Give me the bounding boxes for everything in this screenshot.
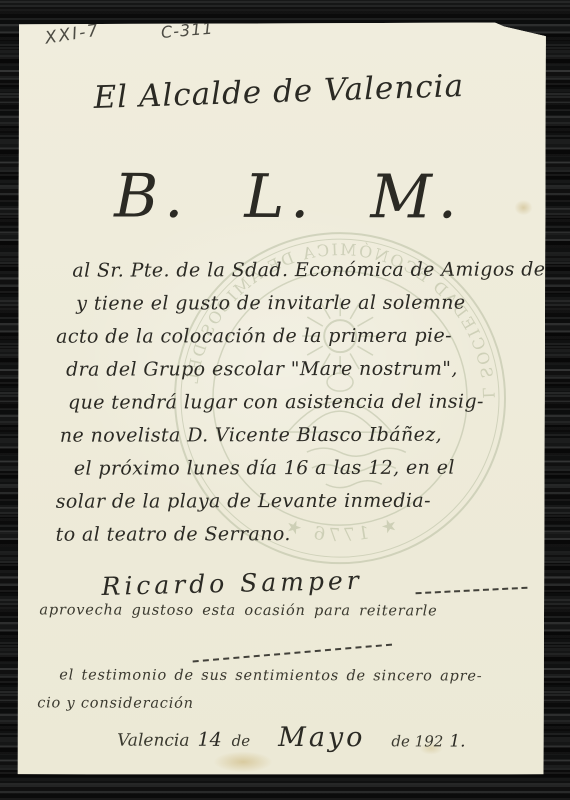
courtesy-line: aprovecha gustoso esta ocasión para reit…: [39, 602, 437, 619]
body-line: to al teatro de Serrano.: [54, 517, 554, 551]
body-line: y tiene el gusto de invitarle al solemne: [54, 286, 554, 320]
dateline: Valencia 14 de Mayo de 192 1.: [117, 722, 466, 754]
body-line: acto de la colocación de la primera pie-: [54, 319, 554, 353]
letterhead-title: El Alcalde de Valencia: [68, 67, 489, 117]
body-line: el próximo lunes día 16 a las 12, en el: [54, 451, 554, 485]
courtesy-line: cio y consideración: [37, 695, 194, 711]
body-line: dra del Grupo escolar "Mare nostrum",: [54, 352, 554, 386]
signature-name: Ricardo Samper: [101, 566, 363, 601]
dateline-month: Mayo: [278, 722, 365, 753]
flourish-dash: [193, 644, 392, 663]
body-line: al Sr. Pte. de la Sdad. Económica de Ami…: [54, 253, 554, 287]
dateline-de: de: [232, 732, 251, 750]
body-text: al Sr. Pte. de la Sdad. Económica de Ami…: [54, 253, 555, 551]
dateline-de-year-printed: de 192: [391, 732, 443, 750]
body-line: solar de la playa de Levante inmedia-: [54, 484, 554, 518]
dateline-place: Valencia: [117, 731, 189, 751]
courtesy-line: el testimonio de sus sentimientos de sin…: [59, 667, 482, 684]
archive-mark-classification: XXI-7: [44, 20, 102, 48]
dateline-day: 14: [197, 729, 221, 751]
salutation-blm: B. L. M.: [88, 161, 488, 232]
dateline-year-digit: 1.: [449, 731, 465, 751]
document-paper: REAL SOCIEDAD ECONÓMICA DE AMIGOS DEL PA…: [17, 21, 546, 775]
scan-background: REAL SOCIEDAD ECONÓMICA DE AMIGOS DEL PA…: [0, 0, 570, 800]
body-line: que tendrá lugar con asistencia del insi…: [54, 385, 554, 419]
body-line: ne novelista D. Vicente Blasco Ibáñez,: [54, 418, 554, 452]
archive-mark-catalog-code: C-311: [160, 19, 214, 42]
